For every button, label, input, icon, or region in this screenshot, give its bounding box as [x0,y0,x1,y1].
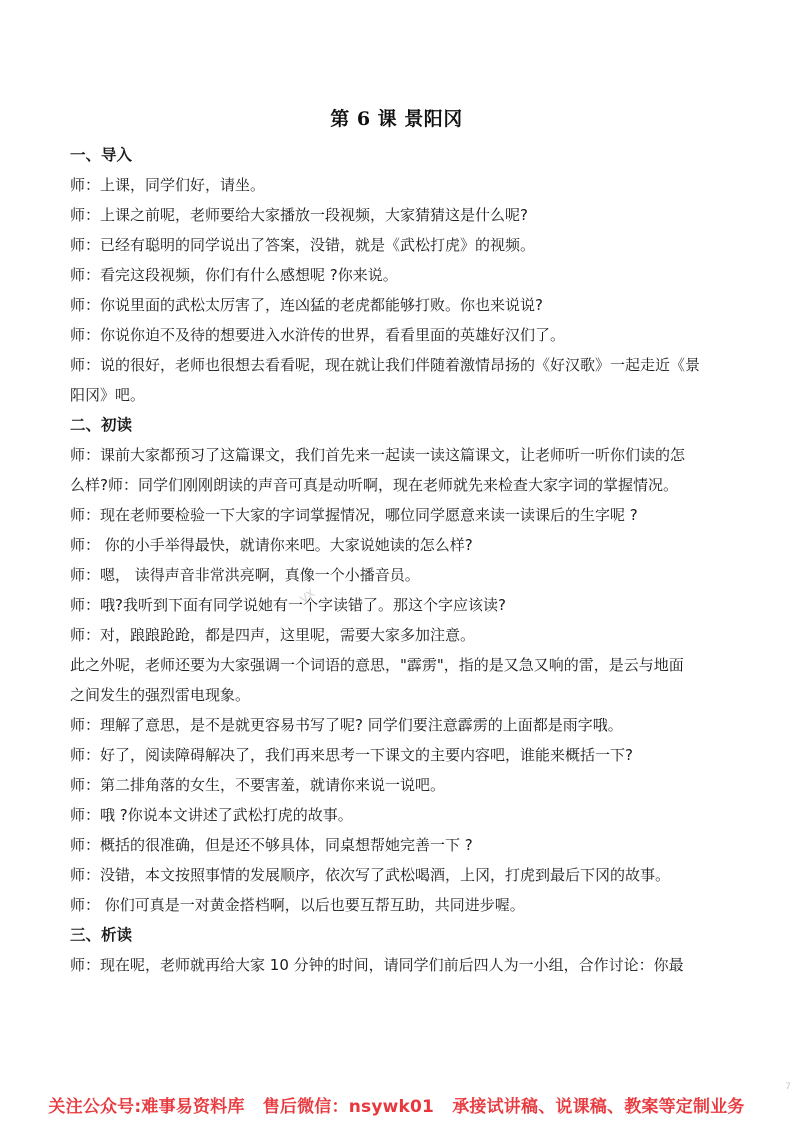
paragraph-line: 师：哦?我听到下面有同学说她有一个字读错了。那这个字应该读? [70,590,730,620]
footer-wechat-account: 关注公众号:难事易资料库 [48,1097,244,1117]
paragraph-line: 师：说的很好，老师也很想去看看呢，现在就让我们伴随着激情昂扬的《好汉歌》一起走近… [70,350,730,380]
paragraph-line: 师：好了，阅读障碍解决了，我们再来思考一下课文的主要内容吧，谁能来概括一下? [70,740,730,770]
paragraph-line: 师：上课之前呢，老师要给大家播放一段视频，大家猜猜这是什么呢? [70,200,730,230]
paragraph-line: 师：理解了意思，是不是就更容易书写了呢? 同学们要注意霹雳的上面都是雨字哦。 [70,710,730,740]
paragraph-line: 师：现在呢，老师就再给大家 10 分钟的时间，请同学们前后四人为一小组，合作讨论… [70,950,730,980]
section-heading: 一、导入 [70,140,730,170]
paragraph-line: 师：课前大家都预习了这篇课文，我们首先来一起读一读这篇课文，让老师听一听你们读的… [70,440,730,470]
footer-aftersales-wechat: 售后微信：nsywk01 [263,1097,434,1117]
page-number: 7 [785,1082,791,1092]
paragraph-line: 师：上课，同学们好，请坐。 [70,170,730,200]
paragraph-line: 师：对，踉踉跄跄，都是四声，这里呢，需要大家多加注意。 [70,620,730,650]
paragraph-line: 师：你说里面的武松太厉害了，连凶猛的老虎都能够打败。你也来说说? [70,290,730,320]
paragraph-line: 师： 你们可真是一对黄金搭档啊，以后也要互帮互助，共同进步喔。 [70,890,730,920]
paragraph-line: 阳冈》吧。 [70,380,730,410]
document-page: 第 6 课 景阳冈 一、导入师：上课，同学们好，请坐。师：上课之前呢，老师要给大… [0,0,793,1122]
paragraph-line: 么样?师：同学们刚刚朗读的声音可真是动听啊，现在老师就先来检查大家字词的掌握情况… [70,470,730,500]
paragraph-line: 师：概括的很准确，但是还不够具体，同桌想帮她完善一下 ? [70,830,730,860]
paragraph-line: 师：已经有聪明的同学说出了答案，没错，就是《武松打虎》的视频。 [70,230,730,260]
paragraph-line: 师：嗯， 读得声音非常洪亮啊，真像一个小播音员。 [70,560,730,590]
section-heading: 二、初读 [70,410,730,440]
paragraph-line: 师： 你的小手举得最快，就请你来吧。大家说她读的怎么样? [70,530,730,560]
paragraph-line: 师：哦 ?你说本文讲述了武松打虎的故事。 [70,800,730,830]
paragraph-line: 此之外呢，老师还要为大家强调一个词语的意思，"霹雳"，指的是又急又响的雷，是云与… [70,650,730,680]
paragraph-line: 师：你说你迫不及待的想要进入水浒传的世界，看看里面的英雄好汉们了。 [70,320,730,350]
lesson-title: 第 6 课 景阳冈 [0,104,793,131]
lesson-body: 一、导入师：上课，同学们好，请坐。师：上课之前呢，老师要给大家播放一段视频，大家… [70,140,730,980]
section-heading: 三、析读 [70,920,730,950]
paragraph-line: 师：第二排角落的女生，不要害羞，就请你来说一说吧。 [70,770,730,800]
paragraph-line: 之间发生的强烈雷电现象。 [70,680,730,710]
paragraph-line: 师：没错，本文按照事情的发展顺序，依次写了武松喝酒，上冈，打虎到最后下冈的故事。 [70,860,730,890]
promo-footer: 关注公众号:难事易资料库 售后微信：nsywk01 承接试讲稿、说课稿、教案等定… [0,1092,793,1122]
paragraph-line: 师：看完这段视频，你们有什么感想呢 ?你来说。 [70,260,730,290]
paragraph-line: 师：现在老师要检验一下大家的字词掌握情况，哪位同学愿意来读一读课后的生字呢 ? [70,500,730,530]
footer-custom-service: 承接试讲稿、说课稿、教案等定制业务 [452,1097,744,1117]
